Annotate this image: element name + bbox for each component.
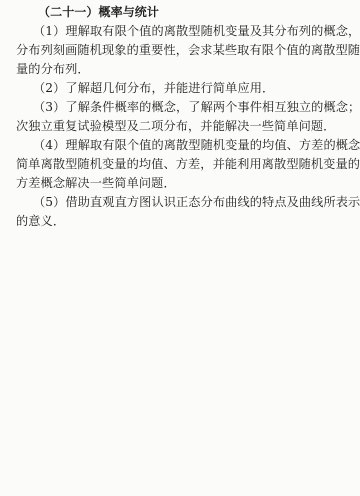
section-heading-probability-statistics: （二十一）概率与统计 [38, 4, 159, 20]
paragraph-line: 简单离散型随机变量的均值、方差，并能利用离散型随机变量的均值、 [16, 156, 344, 172]
document-page: （二十一）概率与统计 （1）理解取有限个值的离散型随机变量及其分布列的概念，认识… [0, 0, 360, 496]
paragraph-line: （5）借助直观直方图认识正态分布曲线的特点及曲线所表示 [33, 194, 344, 210]
paragraph-line: 方差概念解决一些简单问题． [16, 175, 176, 191]
paragraph-line: （4）理解取有限个值的离散型随机变量的均值、方差的概念，会求 [33, 137, 344, 153]
paragraph-line: 的意义． [16, 213, 65, 229]
paragraph-line: 量的分布列． [16, 61, 90, 77]
paragraph-line: （1）理解取有限个值的离散型随机变量及其分布列的概念，认识 [33, 23, 344, 39]
paragraph-line: 次独立重复试验模型及二项分布，并能解决一些简单问题． [16, 118, 335, 134]
paragraph-line: （2）了解超几何分布，并能进行简单应用． [33, 80, 274, 96]
paragraph-line: （3）了解条件概率的概念，了解两个事件相互独立的概念；理解 n [33, 99, 344, 115]
paragraph-line: 分布列刻画随机现象的重要性，会求某些取有限个值的离散型随机变 [16, 42, 344, 58]
